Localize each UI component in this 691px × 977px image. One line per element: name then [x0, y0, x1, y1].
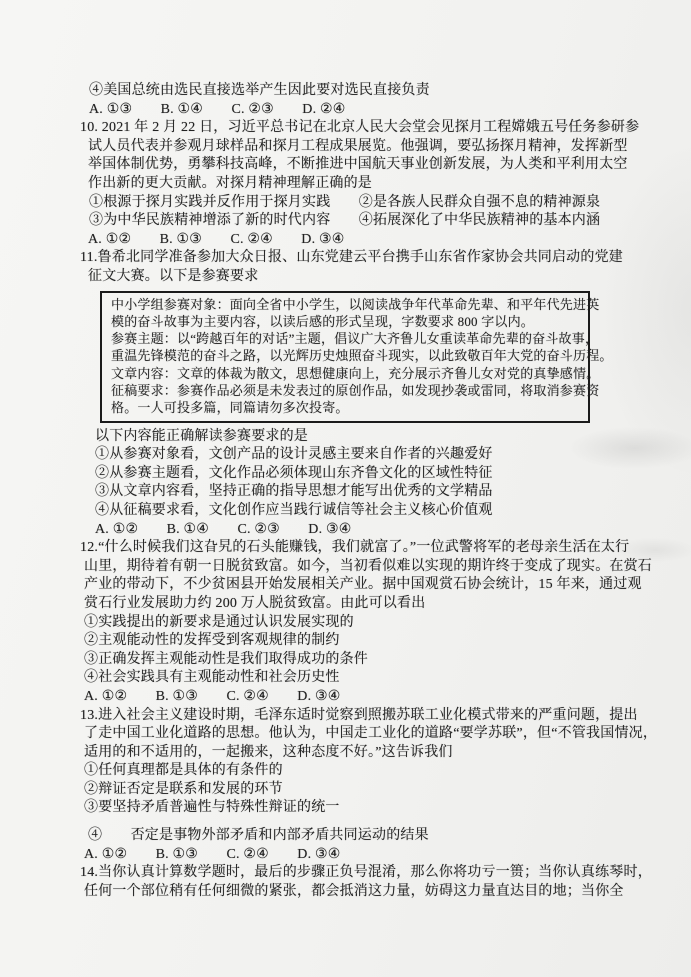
q11-stem-line: 征文大赛。以下是参赛要求 [88, 268, 628, 287]
q10-options-line: ①根源于探月实践并反作用于探月实践 ②是各族人民群众自强不息的精神源泉 [89, 194, 628, 213]
box-text-line: 中小学组参赛对象：面向全省中小学生，以阅读战争年代革命先辈、和平年代先进英 [111, 296, 579, 313]
q12-options-line: ②主观能动性的发挥受到客观规律的制约 [84, 632, 628, 651]
q11-options-line: ④从征稿要求看，文化创作应当践行诚信等社会主义核心价值观 [95, 502, 628, 521]
q11-prompt-line: 以下内容能正确解读参赛要求的是 [95, 428, 628, 447]
q12-stem-line: 产业的带动下，不少贫困县开始发展相关产业。据中国观赏石协会统计，15 年来，通过… [84, 576, 628, 595]
q11-stem-line: 11.鲁希北同学准备参加大众日报、山东党建云平台携手山东省作家协会共同启动的党建 [80, 249, 628, 268]
q13-options-line: ②辩证否定是联系和发展的环节 [84, 781, 628, 800]
q13-options-line: ①任何真理都是具体的有条件的 [84, 762, 628, 781]
q9-answer-choices-row: A. ①③ B. ①④ C. ②③ D. ②④ [89, 101, 628, 120]
exam-page: ④美国总统由选民直接选举产生因此要对选民直接负责A. ①③ B. ①④ C. ②… [80, 82, 628, 901]
q13-stem-line: 了走中国工业化道路的思想。他认为，中国走工业化的道路“要学苏联”，但“不管我国情… [84, 725, 628, 744]
q10-answer-choices-row: A. ①② B. ①③ C. ②④ D. ③④ [88, 231, 628, 250]
box-text-line: 参赛主题：以“跨越百年的对话”主题，倡议广大齐鲁儿女重读革命先辈的奋斗故事， [111, 330, 579, 347]
box-text-line: 文章内容：文章的体裁为散文，思想健康向上，充分展示齐鲁儿女对党的真挚感情。 [111, 365, 579, 382]
q11-options-line: ③从文章内容看，坚持正确的指导思想才能写出优秀的文学精品 [95, 483, 628, 502]
q10-stem-line: 作出新的更大贡献。对探月精神理解正确的是 [88, 175, 628, 194]
q13-options-line: ③要坚持矛盾普遍性与特殊性辩证的统一 [84, 799, 628, 818]
q10-stem-line: 试人员代表并参观月球样品和探月工程成果展览。他强调，要弘扬探月精神，发挥新型 [88, 138, 628, 157]
q11-answer-choices-row: A. ①② B. ①④ C. ②③ D. ③④ [95, 521, 628, 540]
q14-stem-line: 任何一个部位稍有任何细微的紧张，都会抵消这力量，妨碍这力量直达目的地；当你全 [84, 883, 628, 902]
q13-options-line: ④ 否定是事物外部矛盾和内部矛盾共同运动的结果 [88, 827, 628, 846]
q12-stem-line: 12.“什么时候我们这旮旯的石头能赚钱，我们就富了。”一位武警将军的老母亲生活在… [80, 539, 628, 558]
q12-answer-choices-row: A. ①② B. ①③ C. ②④ D. ③④ [84, 688, 628, 707]
box-text-line: 征稿要求：参赛作品必须是未发表过的原创作品，如发现抄袭或雷同，将取消参赛资 [111, 382, 579, 399]
q11-options-line: ②从参赛主题看，文化作品必须体现山东齐鲁文化的区域性特征 [95, 465, 628, 484]
q10-stem-line: 举国体制优势，勇攀科技高峰，不断推进中国航天事业创新发展，为人类和平利用太空 [88, 156, 628, 175]
q12-options-line: ①实践提出的新要求是通过认识发展实现的 [84, 614, 628, 633]
q12-options-line: ③正确发挥主观能动性是我们取得成功的条件 [84, 651, 628, 670]
q13-stem-line: 13.进入社会主义建设时期，毛泽东适时觉察到照搬苏联工业化模式带来的严重问题，提… [80, 707, 628, 726]
q12-stem-line: 赏石行业发展助力约 200 万人脱贫致富。由此可以看出 [84, 595, 628, 614]
q10-stem-line: 10. 2021 年 2 月 22 日，习近平总书记在北京人民大会堂会见探月工程… [80, 119, 628, 138]
box-text-line: 重温先锋模范的奋斗之路，以光辉历史烛照奋斗现实，以此致敬百年大党的奋斗历程。 [111, 347, 579, 364]
box-text-line: 格。一人可投多篇，同篇请勿多次投寄。 [111, 399, 579, 416]
q14-stem-line: 14.当你认真计算数学题时，最后的步骤正负号混淆，那么你将功亏一篑；当你认真练琴… [80, 864, 628, 883]
q10-options-line: ③为中华民族精神增添了新的时代内容 ④拓展深化了中华民族精神的基本内涵 [89, 212, 628, 231]
q11-options-line: ①从参赛对象看，文创产品的设计灵感主要来自作者的兴趣爱好 [95, 446, 628, 465]
contest-requirements-box: 中小学组参赛对象：面向全省中小学生，以阅读战争年代革命先辈、和平年代先进英模的奋… [100, 291, 590, 423]
box-text-line: 模的奋斗故事为主要内容，以读后感的形式呈现，字数要求 800 字以内。 [111, 313, 579, 330]
q12-stem-line: 山里，期待着有朝一日脱贫致富。如今，当初看似难以实现的期许终于变成了现实。在赏石 [84, 558, 628, 577]
q12-options-line: ④社会实践具有主观能动性和社会历史性 [84, 669, 628, 688]
q9-option-4: ④美国总统由选民直接选举产生因此要对选民直接负责 [89, 82, 628, 101]
q13-answer-choices-row: A. ①② B. ①③ C. ②④ D. ③④ [84, 846, 628, 865]
vertical-gap [80, 818, 628, 827]
q13-stem-line: 适用的和不适用的，一起搬来，这种态度不好。”这告诉我们 [84, 744, 628, 763]
